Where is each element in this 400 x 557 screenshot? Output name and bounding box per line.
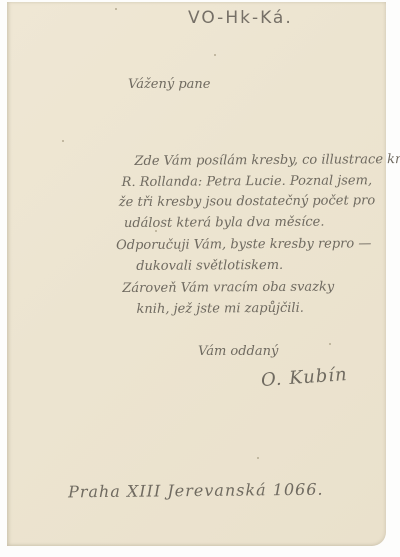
body-line: že tři kresby jsou dostatečný počet pro [119,191,400,214]
address-line: Praha XIII Jerevanská 1066. [68,480,324,502]
salutation: Vážený pane [128,77,210,92]
body-line: R. Rollanda: Petra Lucie. Poznal jsem, [122,170,400,193]
paper-speck [257,457,259,459]
body-line: dukovali světlotiskem. [136,254,400,277]
paper-speck [329,343,331,345]
body-line: Zároveň Vám vracím oba svazky [122,277,400,300]
closing-phrase: Vám oddaný [198,344,278,359]
body-line: Odporučuji Vám, byste kresby repro — [116,234,400,257]
body-line: událost která byla dva měsíce. [124,211,400,234]
paper-speck [62,140,64,142]
letter-body: Zde Vám posílám kresby, co illustrace kn… [115,150,400,320]
body-line: Zde Vám posílám kresby, co illustrace kn… [134,150,400,173]
scanned-letter-page: VO-Hk-Ká. Vážený pane Zde Vám posílám kr… [0,0,400,557]
paper-speck [115,8,117,10]
body-line: knih, jež jste mi zapůjčili. [136,297,400,320]
letter-heading: VO-Hk-Ká. [188,8,293,28]
paper-speck [214,54,216,56]
